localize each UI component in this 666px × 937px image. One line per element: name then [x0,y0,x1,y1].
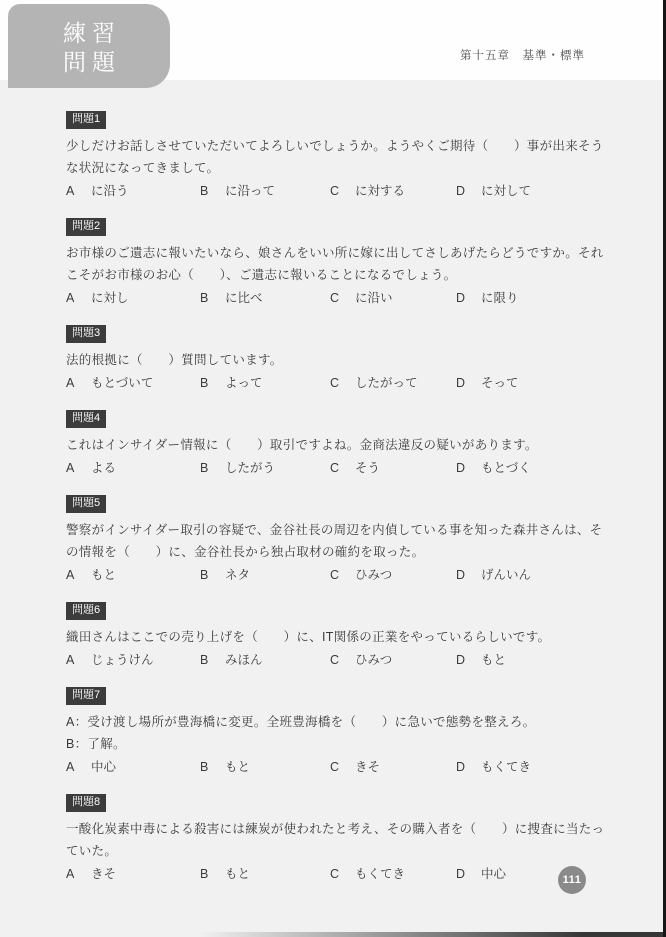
option-text: みほん [225,653,263,667]
problem-question: A：受け渡し場所が豊海橋に変更。全班豊海橋を（ ）に急いで態勢を整えろ。B：了解… [66,711,612,755]
problem-label: 問題1 [66,111,106,129]
option-letter: C [330,564,355,587]
option-letter: A [66,564,91,587]
problem-label: 問題6 [66,602,106,620]
option-text: そう [355,461,380,475]
option-letter: A [66,372,91,395]
problem-block: 問題8 一酸化炭素中毒による殺害には練炭が使われたと考え、その購入者を（ ）に捜… [66,792,612,886]
problem-block: 問題1 少しだけお話しさせていただいてよろしいでしょうか。ようやくご期待（ ）事… [66,109,612,203]
answer-option: A中心 [66,756,200,779]
problem-question: お市様のご遺志に報いたいなら、娘さんをいい所に嫁に出してさしあげたらどうですか。… [66,242,612,286]
problem-options: AもとづいてBよってCしたがってDそって [66,372,612,395]
practice-problems-tab: 練習 問題 [8,4,170,88]
answer-option: Dに限り [456,287,612,310]
option-text: きそ [91,867,116,881]
option-text: もと [91,568,116,582]
option-letter: D [456,564,481,587]
problem-question: 法的根拠に（ ）質問しています。 [66,349,612,371]
answer-option: Aじょうけん [66,649,200,672]
option-text: したがう [225,461,275,475]
question-line: A：受け渡し場所が豊海橋に変更。全班豊海橋を（ ）に急いで態勢を整えろ。 [66,711,612,733]
option-letter: B [200,863,225,886]
answer-option: Bに沿って [200,180,330,203]
option-text: に対する [355,184,405,198]
option-letter: B [200,180,225,203]
answer-option: Aよる [66,457,200,480]
answer-option: Bもと [200,756,330,779]
tab-title-line2: 問題 [57,48,121,77]
option-text: そって [481,376,519,390]
answer-option: Bに比べ [200,287,330,310]
problem-block: 問題4 これはインサイダー情報に（ ）取引ですよね。金商法違反の疑いがあります。… [66,408,612,480]
problem-options: AもとBネタCひみつDげんいん [66,564,612,587]
answer-option: Dもとづく [456,457,612,480]
problem-options: Aに沿うBに沿ってCに対するDに対して [66,180,612,203]
answer-option: Bネタ [200,564,330,587]
option-letter: B [200,649,225,672]
option-text: 中心 [91,760,116,774]
problem-options: AよるBしたがうCそうDもとづく [66,457,612,480]
content-panel: 問題1 少しだけお話しさせていただいてよろしいでしょうか。ようやくご期待（ ）事… [0,80,663,937]
question-line: 一酸化炭素中毒による殺害には練炭が使われたと考え、その購入者を（ ）に捜査に当た… [66,818,612,862]
answer-option: Bもと [200,863,330,886]
option-text: に沿う [91,184,129,198]
option-letter: C [330,649,355,672]
option-letter: A [66,649,91,672]
option-letter: A [66,180,91,203]
problem-question: 織田さんはここでの売り上げを（ ）に、IT関係の正業をやっているらしいです。 [66,626,612,648]
option-text: よって [225,376,263,390]
option-text: もとづく [481,461,531,475]
option-letter: B [200,287,225,310]
option-text: じょうけん [91,653,154,667]
problem-options: AきそBもとCもくてきD中心 [66,863,612,886]
question-line: 警察がインサイダー取引の容疑で、金谷社長の周辺を内偵している事を知った森井さんは… [66,519,612,563]
option-text: に対し [91,291,129,305]
problem-block: 問題6 織田さんはここでの売り上げを（ ）に、IT関係の正業をやっているらしいで… [66,600,612,672]
problem-label: 問題8 [66,794,106,812]
chapter-title: 第十五章 基準・標準 [460,47,585,63]
answer-option: Cそう [330,457,456,480]
question-line: お市様のご遺志に報いたいなら、娘さんをいい所に嫁に出してさしあげたらどうですか。… [66,242,612,286]
answer-option: D中心 [456,863,612,886]
option-text: に沿って [225,184,275,198]
option-text: ひみつ [355,568,392,582]
option-letter: D [456,649,481,672]
problems-list: 問題1 少しだけお話しさせていただいてよろしいでしょうか。ようやくご期待（ ）事… [66,109,612,899]
option-letter: C [330,180,355,203]
option-letter: C [330,457,355,480]
option-letter: D [456,863,481,886]
option-letter: C [330,287,355,310]
answer-option: Bよって [200,372,330,395]
option-letter: A [66,863,91,886]
question-line: 少しだけお話しさせていただいてよろしいでしょうか。ようやくご期待（ ）事が出来そ… [66,135,612,179]
option-letter: B [200,372,225,395]
option-letter: A [66,756,91,779]
answer-option: Cもくてき [330,863,456,886]
question-line: これはインサイダー情報に（ ）取引ですよね。金商法違反の疑いがあります。 [66,434,612,456]
option-letter: A [66,287,91,310]
option-text: 中心 [481,867,506,881]
answer-option: Dげんいん [456,564,612,587]
tab-title-line1: 練習 [57,19,121,48]
problem-question: これはインサイダー情報に（ ）取引ですよね。金商法違反の疑いがあります。 [66,434,612,456]
option-text: もと [481,653,506,667]
answer-option: Cひみつ [330,564,456,587]
answer-option: Bしたがう [200,457,330,480]
option-text: に比べ [225,291,263,305]
problem-label: 問題2 [66,218,106,236]
option-text: もとづいて [91,376,153,390]
problem-options: A中心BもとCきそDもくてき [66,756,612,779]
answer-option: Cひみつ [330,649,456,672]
option-text: ひみつ [355,653,392,667]
option-letter: C [330,863,355,886]
answer-option: Cしたがって [330,372,456,395]
option-letter: B [200,457,225,480]
option-text: よる [91,461,116,475]
answer-option: Aに対し [66,287,200,310]
problem-label: 問題3 [66,325,106,343]
option-letter: C [330,756,355,779]
option-text: に対して [481,184,531,198]
option-text: もくてき [481,760,531,774]
option-text: ネタ [225,568,250,582]
answer-option: Dに対して [456,180,612,203]
answer-option: Aきそ [66,863,200,886]
option-text: したがって [355,376,418,390]
answer-option: Cに沿い [330,287,456,310]
problem-label: 問題5 [66,495,106,513]
option-letter: D [456,372,481,395]
question-line: 法的根拠に（ ）質問しています。 [66,349,612,371]
answer-option: Aもとづいて [66,372,200,395]
answer-option: Cきそ [330,756,456,779]
option-letter: C [330,372,355,395]
answer-option: Dもくてき [456,756,612,779]
problem-block: 問題3 法的根拠に（ ）質問しています。 AもとづいてBよってCしたがってDそっ… [66,323,612,395]
answer-option: Aもと [66,564,200,587]
option-letter: B [200,756,225,779]
option-text: きそ [355,760,380,774]
answer-option: Dもと [456,649,612,672]
problem-options: AじょうけんBみほんCひみつDもと [66,649,612,672]
answer-option: Dそって [456,372,612,395]
answer-option: Aに沿う [66,180,200,203]
question-line: B：了解。 [66,733,612,755]
page-number-badge: 111 [558,866,586,894]
textbook-page: 練習 問題 第十五章 基準・標準 問題1 少しだけお話しさせていただいてよろしい… [0,0,666,937]
problem-block: 問題2 お市様のご遺志に報いたいなら、娘さんをいい所に嫁に出してさしあげたらどう… [66,216,612,310]
problem-question: 少しだけお話しさせていただいてよろしいでしょうか。ようやくご期待（ ）事が出来そ… [66,135,612,179]
option-letter: A [66,457,91,480]
problem-block: 問題5 警察がインサイダー取引の容疑で、金谷社長の周辺を内偵している事を知った森… [66,493,612,587]
problem-options: Aに対しBに比べCに沿いDに限り [66,287,612,310]
option-letter: B [200,564,225,587]
problem-label: 問題4 [66,410,106,428]
question-line: 織田さんはここでの売り上げを（ ）に、IT関係の正業をやっているらしいです。 [66,626,612,648]
option-letter: D [456,287,481,310]
option-letter: D [456,180,481,203]
answer-option: Bみほん [200,649,330,672]
option-letter: D [456,457,481,480]
answer-option: Cに対する [330,180,456,203]
problem-question: 一酸化炭素中毒による殺害には練炭が使われたと考え、その購入者を（ ）に捜査に当た… [66,818,612,862]
problem-block: 問題7 A：受け渡し場所が豊海橋に変更。全班豊海橋を（ ）に急いで態勢を整えろ。… [66,685,612,779]
option-text: に限り [481,291,519,305]
option-text: げんいん [481,568,531,582]
option-text: もと [225,760,250,774]
problem-question: 警察がインサイダー取引の容疑で、金谷社長の周辺を内偵している事を知った森井さんは… [66,519,612,563]
option-text: もくてき [355,867,405,881]
problem-label: 問題7 [66,687,106,705]
option-letter: D [456,756,481,779]
option-text: に沿い [355,291,393,305]
option-text: もと [225,867,250,881]
